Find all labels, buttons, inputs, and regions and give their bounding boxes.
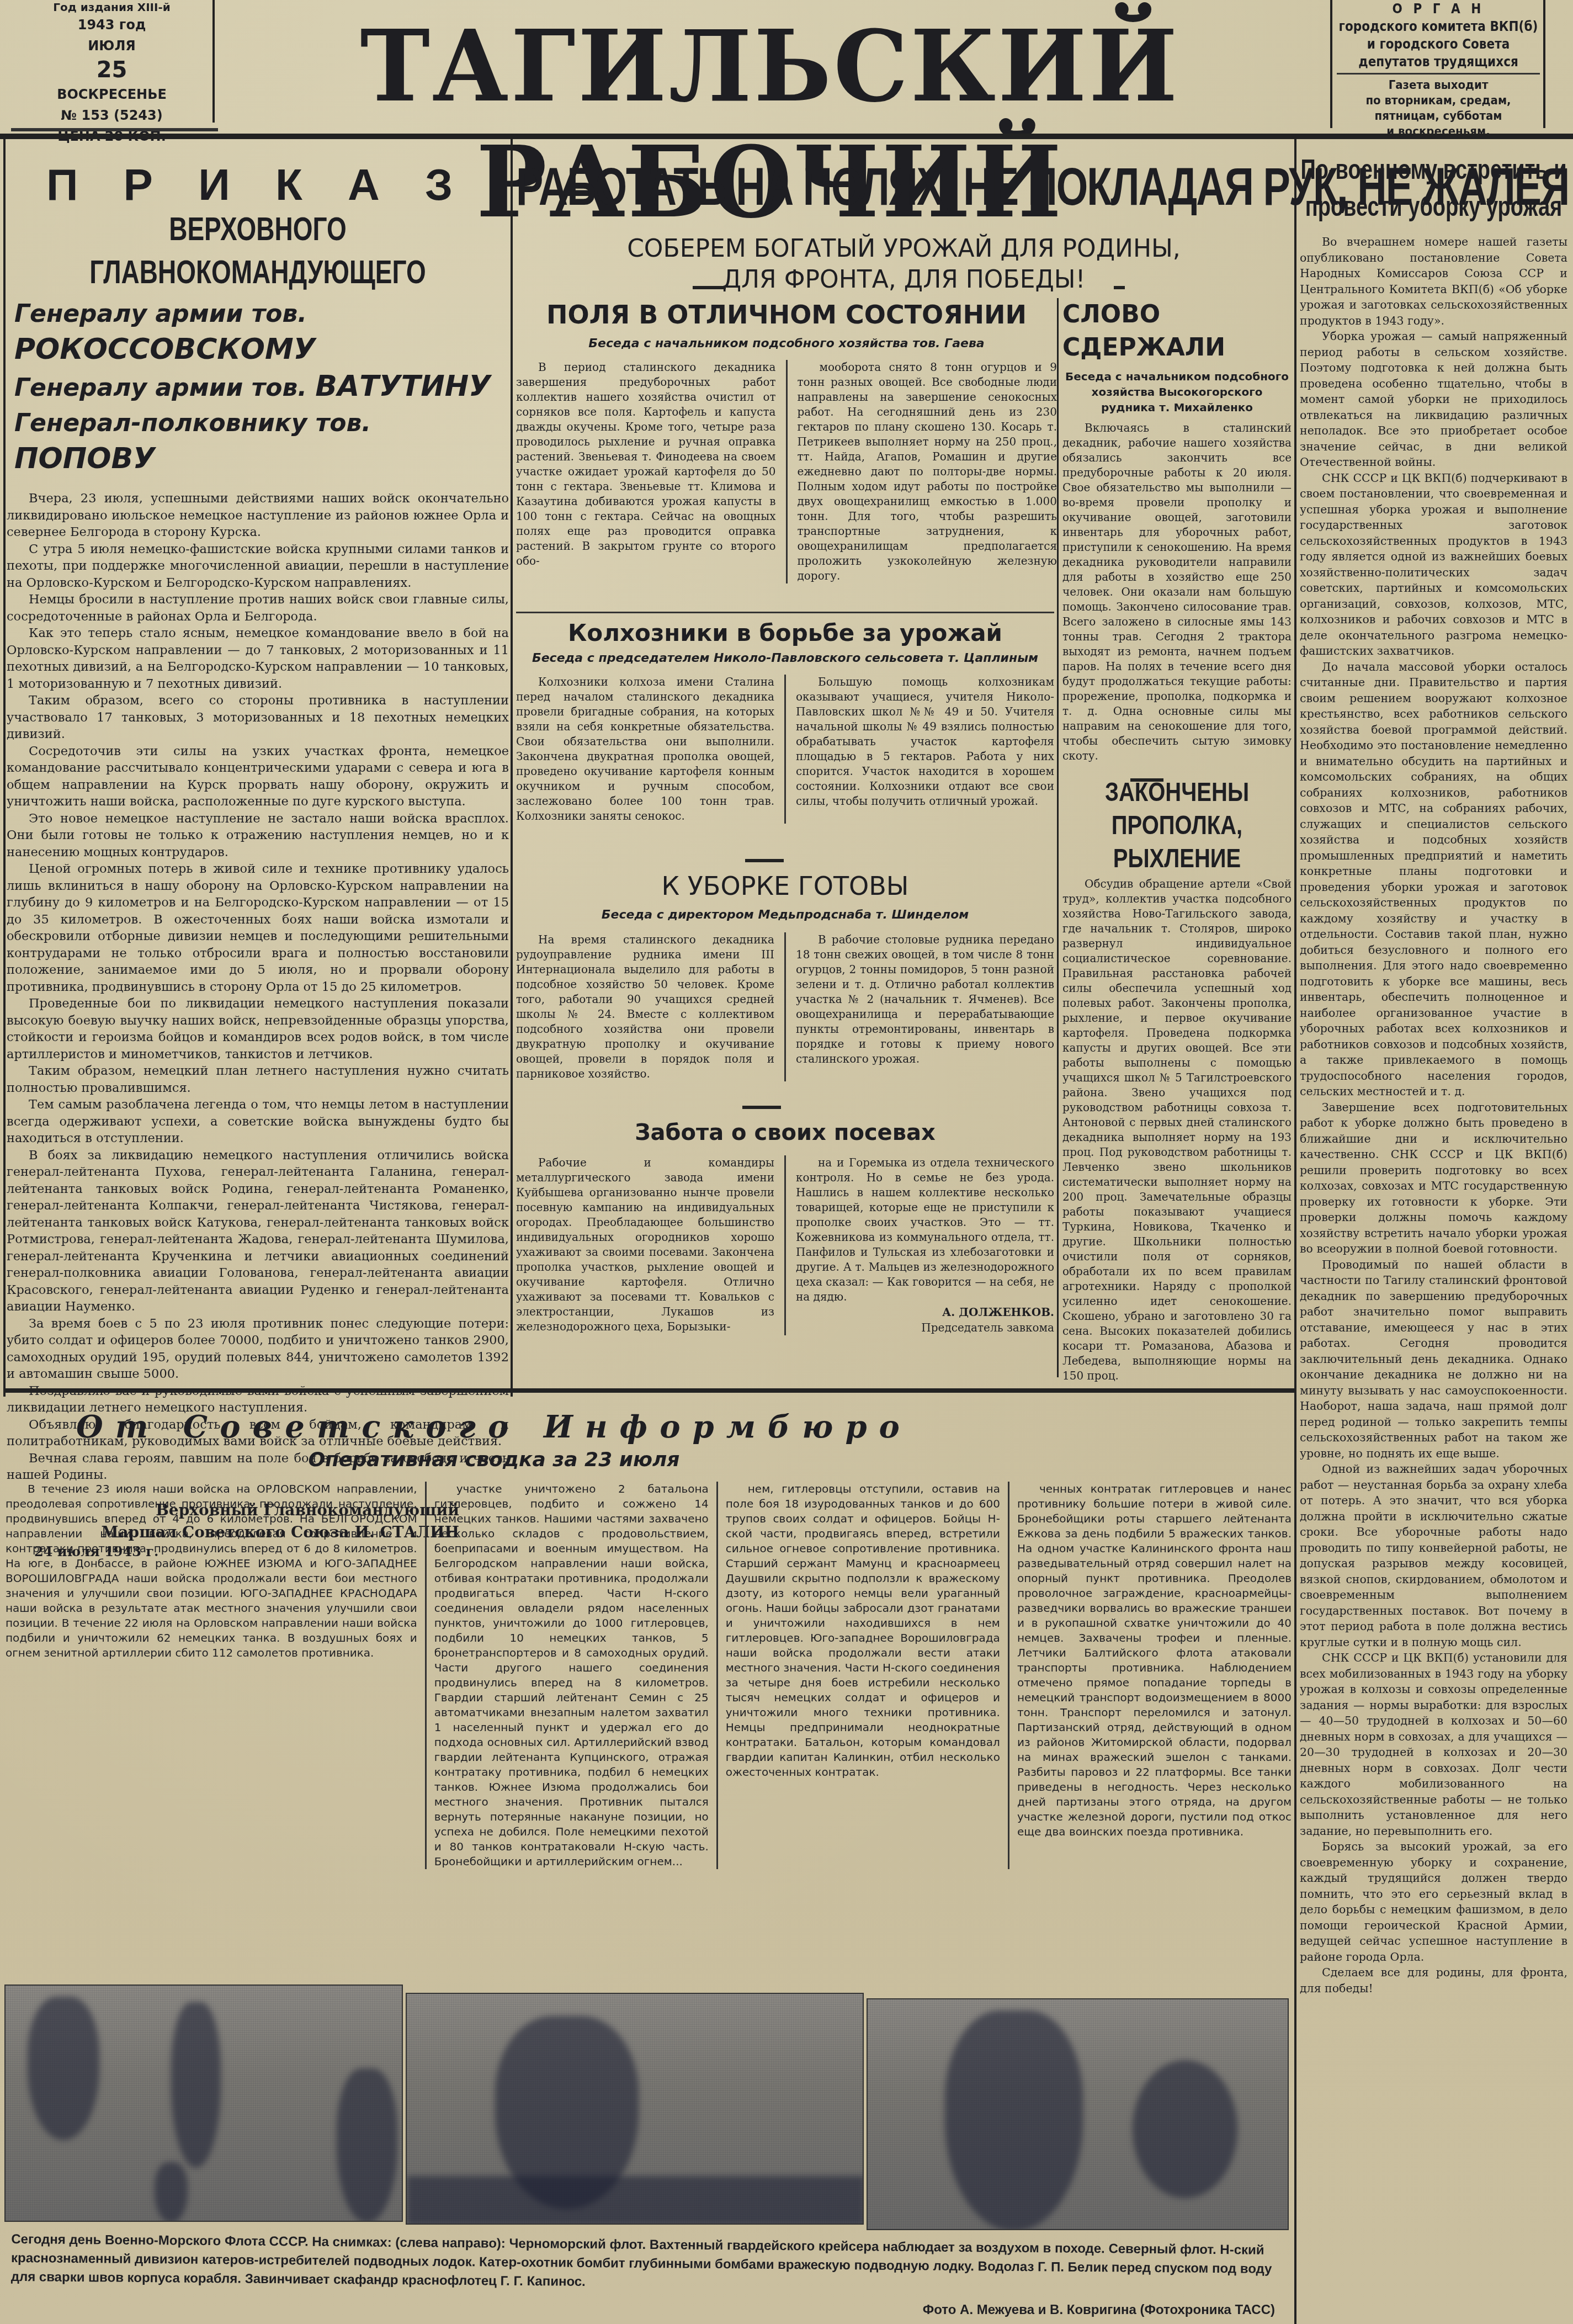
editorial-paragraph: Уборка урожая — самый напряженный период… — [1300, 328, 1567, 470]
prikaz-article: П Р И К А З ВЕРХОВНОГО ГЛАВНОКОМАНДУЮЩЕГ… — [7, 146, 509, 1394]
prikaz-paragraph: Тем самым разоблачена легенда о том, что… — [7, 1096, 509, 1147]
col-rule — [425, 1482, 427, 1869]
ear-month: ИЮЛЯ — [11, 35, 212, 56]
harvest-headline: РАБОТАТЬ НА ПОЛЯХ, НЕ ПОКЛАДАЯ РУК, НЕ Ж… — [516, 147, 1292, 226]
informburo-subtitle: Оперативная сводка за 23 июля — [6, 1446, 1292, 1474]
article-dek: Беседа с начальником подсобного хозяйств… — [1062, 369, 1292, 415]
informburo-col: нем, гитлеровцы отступили, оставив на по… — [726, 1482, 1000, 1869]
ear-organ-line1: городского комитета ВКП(б) — [1333, 18, 1543, 35]
ear-right-border-left — [1330, 0, 1332, 128]
editorial-title: По-военному встретить и провести уборку … — [1300, 151, 1567, 226]
article-dek: Беседа с директором Медьпродснаба т. Шин… — [516, 906, 1054, 925]
prikaz-title: П Р И К А З — [7, 157, 509, 213]
article-signature-role: Председатель завкома — [796, 1320, 1054, 1335]
prikaz-paragraph: В боях за ликвидацию немецкого наступлен… — [7, 1147, 509, 1315]
ear-right-border-right — [1543, 0, 1545, 128]
col-rule — [786, 360, 788, 583]
addressee-1: Генералу армии тов. РОКОССОВСКОМУ — [14, 296, 509, 369]
addressee-1-name: РОКОССОВСКОМУ — [14, 333, 316, 366]
divider — [516, 612, 1054, 613]
prikaz-paragraph: Как это теперь стало ясным, немецкое ком… — [7, 625, 509, 692]
divider — [693, 286, 726, 289]
article-title: СЛОВО СДЕРЖАЛИ — [1062, 298, 1292, 364]
prikaz-paragraph: Сосредоточив эти силы на узких участках … — [7, 743, 509, 810]
addressee-3-name: ПОПОВУ — [14, 442, 155, 475]
article-own-crops: Забота о своих посевах Рабочие и команди… — [516, 1118, 1054, 1383]
col-rule — [1008, 1482, 1009, 1869]
ear-left-border — [212, 0, 215, 123]
article-title: К УБОРКЕ ГОТОВЫ — [516, 869, 1054, 903]
addressee-2-name: ВАТУТИНУ — [315, 370, 491, 403]
col-rule — [784, 932, 786, 1081]
addressee-2-prefix: Генералу армии тов. — [14, 374, 307, 402]
article-columns: Колхозники колхоза имени Сталина перед н… — [516, 675, 1054, 824]
article-col: мооборота снято 8 тонн огурцов и 9 тонн … — [798, 360, 1057, 583]
informburo-col: участке уничтожено 2 батальона гитлеровц… — [434, 1482, 709, 1869]
editorial-paragraph: До начала массовой уборки осталось счита… — [1300, 659, 1567, 1100]
prikaz-body: Вчера, 23 июля, успешными действиями наш… — [7, 490, 509, 1484]
informburo: От Советского Информбюро Оперативная сво… — [6, 1402, 1292, 1976]
editorial-paragraph: Проводимый по нашей области в частности … — [1300, 1257, 1567, 1462]
photo-credit: Фото А. Межуева и В. Ковригина (Фотохрон… — [817, 2301, 1275, 2320]
rule-center-right — [1057, 298, 1059, 1377]
informburo-top-rule — [3, 1388, 1295, 1393]
photo-panel-diver — [867, 1998, 1289, 2230]
article-weeding-done: ЗАКОНЧЕНЫ ПРОПОЛКА, РЫХЛЕНИЕ Обсудив обр… — [1062, 784, 1292, 1380]
article-fields: ПОЛЯ В ОТЛИЧНОМ СОСТОЯНИИ Беседа с начал… — [516, 298, 1057, 607]
article-col: Большую помощь колхозникам оказывают уча… — [796, 675, 1054, 824]
prikaz-addressees: Генералу армии тов. РОКОССОВСКОМУ Генера… — [7, 296, 509, 478]
ear-schedule1: Газета выходит — [1333, 78, 1543, 93]
prikaz-paragraph: Вчера, 23 июля, успешными действиями наш… — [7, 490, 509, 541]
prikaz-paragraph: Немцы бросили в наступление против наших… — [7, 591, 509, 625]
article-title: Забота о своих посевах — [516, 1118, 1054, 1148]
harvest-subhead-2: ДЛЯ ФРОНТА, ДЛЯ ПОБЕДЫ! — [516, 264, 1292, 295]
addressee-3: Генерал-полковнику тов. ПОПОВУ — [14, 406, 509, 478]
article-col: В рабочие столовые рудника передано 18 т… — [796, 932, 1054, 1081]
article-col-wrap: на и Горемыка из отдела технического кон… — [796, 1155, 1054, 1335]
prikaz-paragraph: Таким образом, немецкий план летнего нас… — [7, 1063, 509, 1096]
article-title: ПОЛЯ В ОТЛИЧНОМ СОСТОЯНИИ — [516, 298, 1057, 331]
ear-day: 25 — [11, 56, 212, 84]
prikaz-paragraph: За время боев с 5 по 23 июля противник п… — [7, 1315, 509, 1383]
prikaz-paragraph: С утра 5 июля немецко-фашистские войска … — [7, 541, 509, 592]
ear-year-line: Год издания XIII-й — [11, 0, 212, 14]
informburo-columns: В течение 23 июля наши войска на ОРЛОВСК… — [6, 1482, 1292, 1869]
article-title: ЗАКОНЧЕНЫ ПРОПОЛКА, РЫХЛЕНИЕ — [1062, 776, 1292, 875]
article-col: Обсудив обращение артели «Свой труд», ко… — [1062, 877, 1292, 1383]
addressee-1-prefix: Генералу армии тов. — [14, 300, 307, 328]
ear-weekday: ВОСКРЕСЕНЬЕ — [11, 84, 212, 105]
article-col: Включаясь в сталинский декадник, рабочие… — [1062, 421, 1292, 763]
photo-panel-cruiser — [4, 1985, 403, 2222]
masthead-rule — [0, 134, 1573, 139]
ear-schedule3: пятницам, субботам — [1333, 109, 1543, 124]
article-col: на и Горемыка из отдела технического кон… — [796, 1155, 1054, 1304]
divider — [1114, 286, 1125, 289]
prikaz-subtitle: ВЕРХОВНОГО ГЛАВНОКОМАНДУЮЩЕГО — [7, 207, 509, 293]
article-ready: К УБОРКЕ ГОТОВЫ Беседа с директором Медь… — [516, 869, 1054, 1101]
article-columns: Рабочие и командиры металлургического за… — [516, 1155, 1054, 1335]
article-title: Колхозники в борьбе за урожай — [516, 617, 1054, 649]
article-columns: В период сталинского декадника завершени… — [516, 360, 1057, 583]
article-col: Колхозники колхоза имени Сталина перед н… — [516, 675, 774, 824]
harvest-subhead-1: СОБЕРЕМ БОГАТЫЙ УРОЖАЙ ДЛЯ РОДИНЫ, — [516, 234, 1292, 264]
editorial-paragraph: Сделаем все для родины, для фронта, для … — [1300, 1965, 1567, 1996]
rule-harvest-editorial — [1294, 138, 1296, 2324]
ear-organ: О Р Г А Н — [1333, 0, 1543, 18]
article-dek: Беседа с начальником подсобного хозяйств… — [516, 335, 1057, 353]
prikaz-paragraph: Проведенные бои по ликвидации немецкого … — [7, 995, 509, 1063]
article-columns: На время сталинского декадника рудоуправ… — [516, 932, 1054, 1081]
ear-organ-line2: и городского Совета — [1333, 35, 1543, 53]
informburo-col: В течение 23 июля наши войска на ОРЛОВСК… — [6, 1482, 417, 1869]
ear-divider — [1337, 73, 1540, 75]
editorial: По-военному встретить и провести уборку … — [1300, 145, 1567, 2320]
col-rule — [716, 1482, 718, 1869]
ear-schedule2: по вторникам, средам, — [1333, 93, 1543, 109]
rule-prikaz-harvest — [511, 138, 513, 1397]
ear-year: 1943 год — [11, 14, 212, 35]
article-kolkhoz: Колхозники в борьбе за урожай Беседа с п… — [516, 617, 1054, 860]
newspaper-page: Год издания XIII-й 1943 год ИЮЛЯ 25 ВОСК… — [0, 0, 1573, 2324]
prikaz-paragraph: Ценой огромных потерь в живой силе и тех… — [7, 861, 509, 995]
editorial-paragraph: СНК СССР и ЦК ВКП(б) подчеркивают в свое… — [1300, 470, 1567, 659]
editorial-paragraph: Завершение всех подготовительных работ к… — [1300, 1100, 1567, 1257]
left-edge-rule — [3, 138, 6, 1397]
ear-issue: № 153 (5243) — [11, 105, 212, 126]
editorial-body: Во вчерашнем номере нашей газеты опублик… — [1300, 234, 1567, 1996]
divider — [742, 1106, 781, 1109]
article-col: На время сталинского декадника рудоуправ… — [516, 932, 774, 1081]
article-dek: Беседа с председателем Николо-Павловског… — [516, 649, 1054, 668]
ear-left: Год издания XIII-й 1943 год ИЮЛЯ 25 ВОСК… — [11, 0, 212, 127]
article-signature: А. ДОЛЖЕНКОВ. — [796, 1304, 1054, 1320]
ear-organ-line3: депутатов трудящихся — [1333, 53, 1543, 71]
editorial-paragraph: Одной из важнейших задач уборочных работ… — [1300, 1461, 1567, 1650]
prikaz-paragraph: Это новое немецкое наступление не застал… — [7, 810, 509, 861]
article-col: В период сталинского декадника завершени… — [516, 360, 776, 583]
ear-right: О Р Г А Н городского комитета ВКП(б) и г… — [1333, 0, 1543, 127]
masthead-title: ТАГИЛЬСКИЙ РАБОЧИЙ — [218, 8, 1322, 124]
addressee-2: Генералу армии тов. ВАТУТИНУ — [14, 369, 509, 406]
col-rule — [784, 1155, 786, 1335]
photo-panel-sub-chaser — [406, 1993, 864, 2225]
divider — [745, 859, 784, 862]
editorial-paragraph: Во вчерашнем номере нашей газеты опублик… — [1300, 234, 1567, 328]
addressee-3-prefix: Генерал-полковнику тов. — [14, 409, 371, 437]
photo-caption: Сегодня день Военно-Морского Флота СССР.… — [11, 2230, 1281, 2298]
article-col: Рабочие и командиры металлургического за… — [516, 1155, 774, 1335]
col-rule — [784, 675, 786, 824]
informburo-col: ченных контратак гитлеровцев и нанес про… — [1017, 1482, 1292, 1869]
editorial-paragraph: СНК СССР и ЦК ВКП(б) установили для всех… — [1300, 1650, 1567, 1839]
ear-left-underline — [11, 128, 218, 131]
article-word-kept: СЛОВО СДЕРЖАЛИ Беседа с начальником подс… — [1062, 298, 1292, 756]
informburo-title: От Советского Информбюро — [6, 1408, 1292, 1446]
prikaz-paragraph: Таким образом, всего со стороны противни… — [7, 692, 509, 743]
editorial-paragraph: Борясь за высокий урожай, за его своевре… — [1300, 1839, 1567, 1965]
